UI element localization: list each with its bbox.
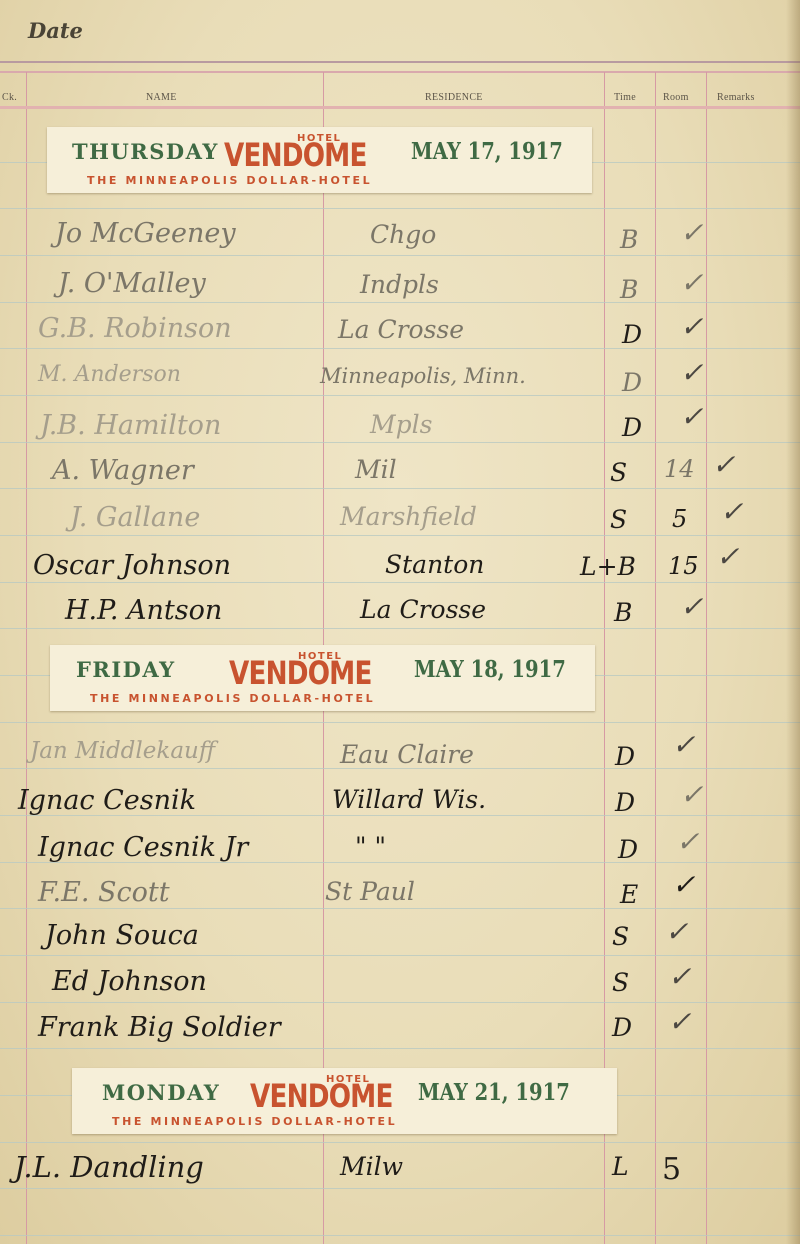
ledger-line bbox=[0, 1235, 800, 1236]
guest-name: Ignac Cesnik bbox=[18, 785, 196, 816]
banner-hotel-name: VENDOME bbox=[250, 1078, 393, 1114]
guest-name: John Souca bbox=[45, 920, 199, 951]
guest-name: Oscar Johnson bbox=[33, 550, 231, 581]
guest-name: G.B. Robinson bbox=[38, 313, 232, 344]
guest-time: S bbox=[612, 968, 629, 997]
ledger-line bbox=[0, 535, 800, 536]
guest-time: D bbox=[615, 742, 635, 771]
guest-residence: Milw bbox=[340, 1152, 403, 1181]
guest-time: D bbox=[615, 788, 635, 817]
guest-name: Ed Johnson bbox=[52, 966, 207, 997]
guest-time: D bbox=[622, 320, 642, 349]
hotel-register-page: Date Ck. NAME RESIDENCE Time Room Remark… bbox=[0, 0, 800, 1244]
ledger-line bbox=[0, 1002, 800, 1003]
ledger-line bbox=[0, 302, 800, 303]
check-mark-icon: ✓ bbox=[680, 778, 703, 811]
column-rule-time bbox=[655, 72, 656, 1244]
guest-residence: Eau Claire bbox=[340, 740, 474, 769]
date-banner-monday: MONDAY HOTEL VENDOME MAY 21, 1917 THE MI… bbox=[72, 1068, 617, 1134]
column-header-ck: Ck. bbox=[2, 92, 17, 103]
ledger-line bbox=[0, 442, 800, 443]
guest-residence: " " bbox=[355, 832, 386, 861]
banner-subtitle: THE MINNEAPOLIS DOLLAR-HOTEL bbox=[90, 692, 375, 705]
guest-time: L bbox=[612, 1152, 629, 1181]
guest-residence: Indpls bbox=[360, 270, 439, 299]
guest-name: Ignac Cesnik Jr bbox=[38, 832, 248, 863]
ledger-line bbox=[0, 722, 800, 723]
guest-name: J.B. Hamilton bbox=[40, 410, 221, 441]
check-mark-icon: ✓ bbox=[680, 590, 703, 623]
guest-residence: La Crosse bbox=[360, 595, 486, 624]
guest-time: B bbox=[620, 225, 638, 254]
guest-room: 5 bbox=[662, 1152, 681, 1187]
guest-time: D bbox=[622, 413, 642, 442]
ledger-line bbox=[0, 348, 800, 349]
guest-residence: Minneapolis, Minn. bbox=[320, 364, 526, 388]
ledger-line bbox=[0, 955, 800, 956]
banner-day: THURSDAY bbox=[72, 139, 219, 164]
check-mark-icon: ✓ bbox=[672, 728, 695, 761]
date-banner-friday: FRIDAY HOTEL VENDOME MAY 18, 1917 THE MI… bbox=[50, 645, 595, 711]
guest-residence: St Paul bbox=[325, 877, 415, 906]
column-header-residence: RESIDENCE bbox=[425, 92, 483, 103]
banner-date: MAY 18, 1917 bbox=[414, 656, 566, 683]
ledger-line bbox=[0, 908, 800, 909]
ledger-line bbox=[0, 208, 800, 209]
guest-time: S bbox=[612, 922, 629, 951]
guest-time: L+B bbox=[580, 552, 636, 581]
guest-time: S bbox=[610, 505, 627, 534]
check-mark-icon: ✓ bbox=[680, 400, 703, 433]
banner-hotel-name: VENDOME bbox=[229, 655, 372, 691]
banner-hotel-name: VENDOME bbox=[224, 137, 367, 173]
check-mark-icon: ✓ bbox=[668, 960, 691, 993]
guest-residence: Marshfield bbox=[340, 502, 477, 531]
check-mark-icon: ✓ bbox=[665, 915, 688, 948]
guest-name: A. Wagner bbox=[52, 455, 194, 486]
check-mark-icon: ✓ bbox=[676, 825, 699, 858]
guest-time: D bbox=[622, 368, 642, 397]
guest-name: H.P. Antson bbox=[65, 595, 222, 626]
guest-name: F.E. Scott bbox=[38, 877, 170, 908]
banner-subtitle: THE MINNEAPOLIS DOLLAR-HOTEL bbox=[87, 174, 372, 187]
guest-residence: Chgo bbox=[370, 220, 436, 249]
header-rule bbox=[0, 106, 800, 109]
column-header-name: NAME bbox=[146, 92, 177, 103]
guest-name: Jan Middlekauff bbox=[30, 738, 215, 764]
column-rule-ck bbox=[26, 72, 27, 1244]
column-rule-room bbox=[706, 72, 707, 1244]
guest-residence: Stanton bbox=[385, 550, 484, 579]
banner-date: MAY 21, 1917 bbox=[418, 1079, 570, 1106]
guest-residence: Mpls bbox=[370, 410, 432, 439]
guest-room: 5 bbox=[672, 505, 687, 533]
guest-name: Frank Big Soldier bbox=[38, 1012, 281, 1043]
top-rule-2 bbox=[0, 71, 800, 73]
guest-name: M. Anderson bbox=[38, 362, 181, 387]
column-header-time: Time bbox=[614, 92, 636, 103]
date-label: Date bbox=[28, 18, 83, 43]
guest-room: 15 bbox=[668, 552, 699, 580]
banner-day: MONDAY bbox=[102, 1080, 220, 1105]
check-mark-icon: ✓ bbox=[672, 868, 695, 901]
guest-time: S bbox=[610, 458, 627, 487]
ledger-line bbox=[0, 255, 800, 256]
ledger-line bbox=[0, 488, 800, 489]
guest-residence: Willard Wis. bbox=[332, 785, 486, 814]
check-mark-icon: ✓ bbox=[668, 1005, 691, 1038]
guest-name: Jo McGeeney bbox=[55, 218, 236, 249]
guest-time: B bbox=[614, 598, 632, 627]
guest-time: D bbox=[618, 835, 638, 864]
banner-day: FRIDAY bbox=[76, 657, 176, 682]
date-banner-thursday: THURSDAY HOTEL VENDOME MAY 17, 1917 THE … bbox=[47, 127, 592, 193]
check-mark-icon: ✓ bbox=[720, 495, 743, 528]
guest-time: B bbox=[620, 275, 638, 304]
column-header-room: Room bbox=[663, 92, 689, 103]
ledger-line bbox=[0, 1142, 800, 1143]
guest-time: D bbox=[612, 1013, 632, 1042]
ledger-line bbox=[0, 395, 800, 396]
check-mark-icon: ✓ bbox=[712, 448, 735, 481]
banner-subtitle: THE MINNEAPOLIS DOLLAR-HOTEL bbox=[112, 1115, 397, 1128]
ledger-line bbox=[0, 582, 800, 583]
ledger-line bbox=[0, 1188, 800, 1189]
banner-date: MAY 17, 1917 bbox=[411, 138, 563, 165]
ledger-line bbox=[0, 1048, 800, 1049]
check-mark-icon: ✓ bbox=[716, 540, 739, 573]
top-rule bbox=[0, 61, 800, 63]
guest-room: 14 bbox=[664, 455, 695, 483]
ledger-line bbox=[0, 628, 800, 629]
guest-residence: Mil bbox=[355, 455, 397, 484]
check-mark-icon: ✓ bbox=[680, 216, 703, 249]
guest-name: J. O'Malley bbox=[58, 268, 206, 299]
column-header-remarks: Remarks bbox=[717, 92, 755, 103]
guest-name: J. Gallane bbox=[70, 502, 200, 533]
guest-residence: La Crosse bbox=[338, 315, 464, 344]
check-mark-icon: ✓ bbox=[680, 310, 703, 343]
check-mark-icon: ✓ bbox=[680, 266, 703, 299]
guest-name: J.L. Dandling bbox=[14, 1150, 204, 1184]
check-mark-icon: ✓ bbox=[680, 356, 703, 389]
guest-time: E bbox=[620, 880, 638, 909]
